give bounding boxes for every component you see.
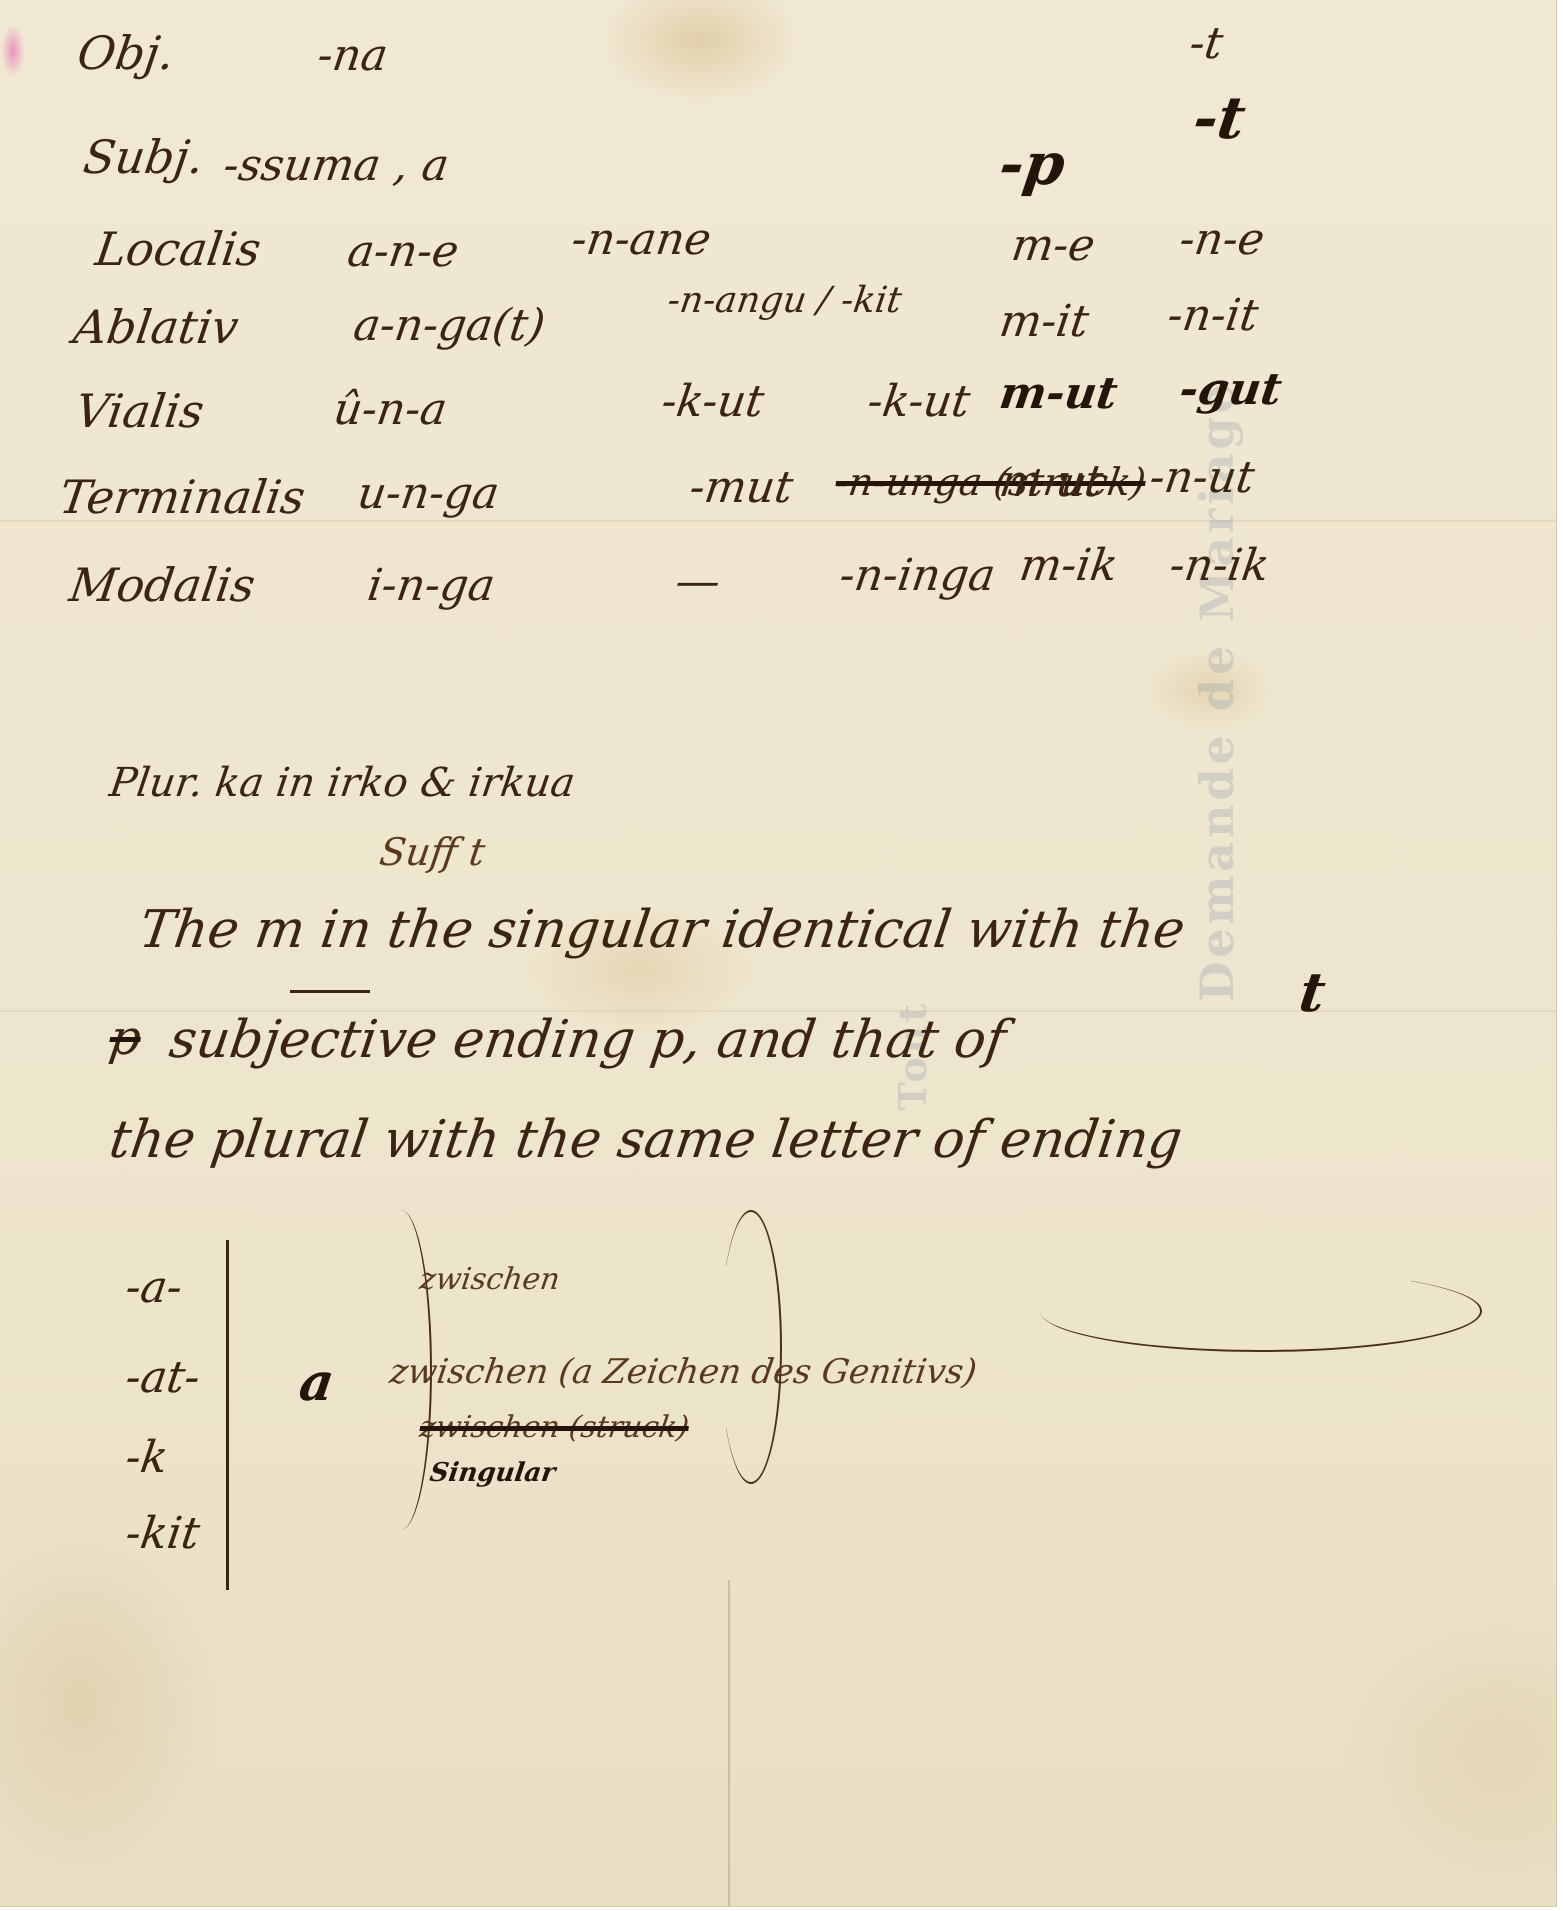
underline-m xyxy=(290,990,370,993)
row-label-vialis: Vialis xyxy=(72,384,207,438)
manuscript-page: Demande de Mariage Tout Obj. -na -t Subj… xyxy=(0,0,1557,1907)
large-flourish-loop xyxy=(720,1210,782,1484)
list-item-kit: -kit xyxy=(122,1508,202,1559)
signature-flourish xyxy=(1040,1270,1482,1352)
sentence-line-3: the plural with the same letter of endin… xyxy=(106,1110,1186,1170)
annotation-2: zwischen (a Zeichen des Genitivs) xyxy=(387,1352,979,1392)
cell-terminalis-right-1: m-ut xyxy=(996,456,1106,507)
bracket-vertical-line xyxy=(226,1240,229,1590)
cell-localis-right-1: m-e xyxy=(1008,220,1098,271)
struck-word: p xyxy=(106,1010,145,1066)
cell-ablativ-1: a-n-ga(t) xyxy=(350,300,548,351)
cell-modalis-2: — xyxy=(672,556,723,607)
row-label-terminalis: Terminalis xyxy=(56,470,308,524)
cell-subj-1: -ssuma , a xyxy=(220,140,452,191)
cell-localis-1: a-n-e xyxy=(344,226,462,277)
cell-localis-right-2: -n-e xyxy=(1176,214,1267,265)
paper-tear xyxy=(728,1580,730,1906)
cell-modalis-3: -n-inga xyxy=(836,550,998,601)
cell-vialis-1: û-n-a xyxy=(330,384,450,435)
cell-terminalis-right-2: -n-ut xyxy=(1146,452,1257,503)
plural-note: Plur. ka in irko & irkua xyxy=(107,760,578,806)
pink-stamp-mark xyxy=(2,26,24,76)
cell-obj-right: -t xyxy=(1186,18,1226,69)
cell-modalis-right-2: -n-ik xyxy=(1166,540,1272,591)
row-label-localis: Localis xyxy=(92,222,264,276)
cell-vialis-3: -k-ut xyxy=(864,376,973,427)
bracket-center-letter: a xyxy=(296,1352,338,1413)
row-label-obj: Obj. xyxy=(74,26,178,80)
cell-vialis-right-2: -gut xyxy=(1176,364,1285,415)
list-item-k: -k xyxy=(122,1432,171,1483)
cell-ablativ-right-2: -n-it xyxy=(1164,290,1261,341)
row-label-ablativ: Ablativ xyxy=(70,300,242,354)
cell-vialis-2: -k-ut xyxy=(658,376,767,427)
cell-subj-right-p: -p xyxy=(995,130,1069,198)
cell-obj-1: -na xyxy=(314,30,391,81)
sentence-line-2: subjective ending p, and that of xyxy=(166,1010,1010,1070)
plural-suffix-note: Suff t xyxy=(377,830,488,874)
list-item-at: -at- xyxy=(122,1352,203,1403)
caret-insert-letter: t xyxy=(1296,960,1330,1024)
sentence-line-1: The m in the singular identical with the xyxy=(136,900,1189,960)
cell-terminalis-1: u-n-ga xyxy=(354,468,502,519)
cell-ablativ-2: -n-angu / -kit xyxy=(665,280,904,321)
cell-subj-right-t: -t xyxy=(1189,84,1249,152)
cell-modalis-right-1: m-ik xyxy=(1016,540,1120,591)
cell-terminalis-2: -mut xyxy=(686,462,796,513)
cell-vialis-right-1: m-ut xyxy=(996,368,1120,419)
annotation-4: Singular xyxy=(428,1458,557,1488)
cell-ablativ-right-1: m-it xyxy=(996,296,1092,347)
annotation-1: zwischen xyxy=(418,1262,563,1297)
row-label-modalis: Modalis xyxy=(66,558,258,612)
list-item-a: -a- xyxy=(122,1262,185,1313)
row-label-subj: Subj. xyxy=(80,130,207,184)
annotation-3-struck: zwischen (struck) xyxy=(418,1410,692,1445)
cell-modalis-1: i-n-ga xyxy=(364,560,498,611)
cell-localis-2: -n-ane xyxy=(568,214,714,265)
